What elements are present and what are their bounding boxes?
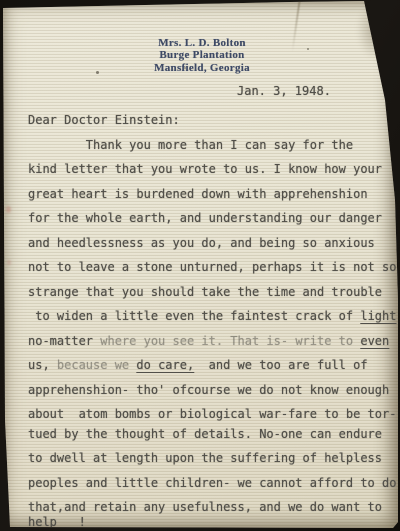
- letter-text: to dwell at length upon the suffering of…: [28, 451, 382, 465]
- letter-line: tued by the thought of details. No-one c…: [28, 422, 400, 447]
- letter-line: apprehenshion- tho' ofcourse we do not k…: [28, 378, 400, 403]
- letter-line: Dear Doctor Einstein:: [28, 108, 400, 133]
- letter-text: strange that you should take the time an…: [28, 285, 382, 299]
- paper-speck: [7, 260, 11, 265]
- letter-line: not to leave a stone unturned, perhaps i…: [28, 255, 400, 280]
- letter-text: Thank you more than I can say for the: [28, 138, 353, 152]
- underlined-text: do care,: [136, 358, 194, 372]
- letter-text: Dear Doctor Einstein:: [28, 113, 180, 127]
- letter-text: about atom bombs or biological war-fare …: [28, 407, 396, 421]
- letter-line: great heart is burdened down with appreh…: [28, 182, 400, 207]
- letter-text: and we too are full of: [194, 358, 367, 372]
- letter-text: us,: [28, 358, 57, 372]
- letter-text: no-matter: [28, 334, 100, 348]
- scanned-letter-photo: Mrs. L. D. Bolton Burge Plantation Mansf…: [0, 0, 400, 531]
- paper-speck: [6, 206, 11, 213]
- letter-paper: Mrs. L. D. Bolton Burge Plantation Mansf…: [0, 0, 400, 531]
- letterhead-name: Mrs. L. D. Bolton: [2, 37, 400, 49]
- letter-line: for the whole earth, and understanding o…: [28, 206, 400, 231]
- letterhead-location: Mansfield, Georgia: [2, 62, 400, 74]
- letter-line: peoples and little children- we cannot a…: [28, 471, 400, 496]
- letterhead: Mrs. L. D. Bolton Burge Plantation Mansf…: [2, 37, 400, 74]
- letter-text: for the whole earth, and understanding o…: [28, 211, 382, 225]
- letter-text: to widen a little even the faintest crac…: [28, 309, 360, 323]
- letter-text: not to leave a stone unturned, perhaps i…: [28, 260, 396, 274]
- letter-text: tued by the thought of details. No-one c…: [28, 427, 382, 441]
- underlined-text: even: [360, 334, 389, 348]
- letter-line: strange that you should take the time an…: [28, 280, 400, 305]
- letter-text: and heedlessness as you do, and being so…: [28, 236, 375, 250]
- letter-line: Thank you more than I can say for the: [28, 133, 400, 158]
- letter-line: and heedlessness as you do, and being so…: [28, 231, 400, 256]
- letter-line: to widen a little even the faintest crac…: [28, 304, 400, 329]
- letter-line: us, because we do care, and we too are f…: [28, 353, 400, 378]
- letter-text: where you see it. That is- write to: [100, 334, 360, 348]
- letter-text: because we: [57, 358, 136, 372]
- date-line: Jan. 3, 1948.: [237, 84, 331, 98]
- letter-body: Dear Doctor Einstein: Thank you more tha…: [28, 108, 400, 531]
- letter-text: peoples and little children- we cannot a…: [28, 476, 396, 490]
- letterhead-estate: Burge Plantation: [2, 49, 400, 61]
- letter-line: to dwell at length upon the suffering of…: [28, 446, 400, 471]
- letter-text: kind letter that you wrote to us. I know…: [28, 162, 382, 176]
- letter-line: no-matter where you see it. That is- wri…: [28, 329, 400, 354]
- letter-text: help !: [28, 515, 86, 529]
- underlined-text: light: [360, 309, 396, 323]
- letter-text: great heart is burdened down with appreh…: [28, 187, 368, 201]
- letter-text: apprehenshion- tho' ofcourse we do not k…: [28, 383, 389, 397]
- letter-line: kind letter that you wrote to us. I know…: [28, 157, 400, 182]
